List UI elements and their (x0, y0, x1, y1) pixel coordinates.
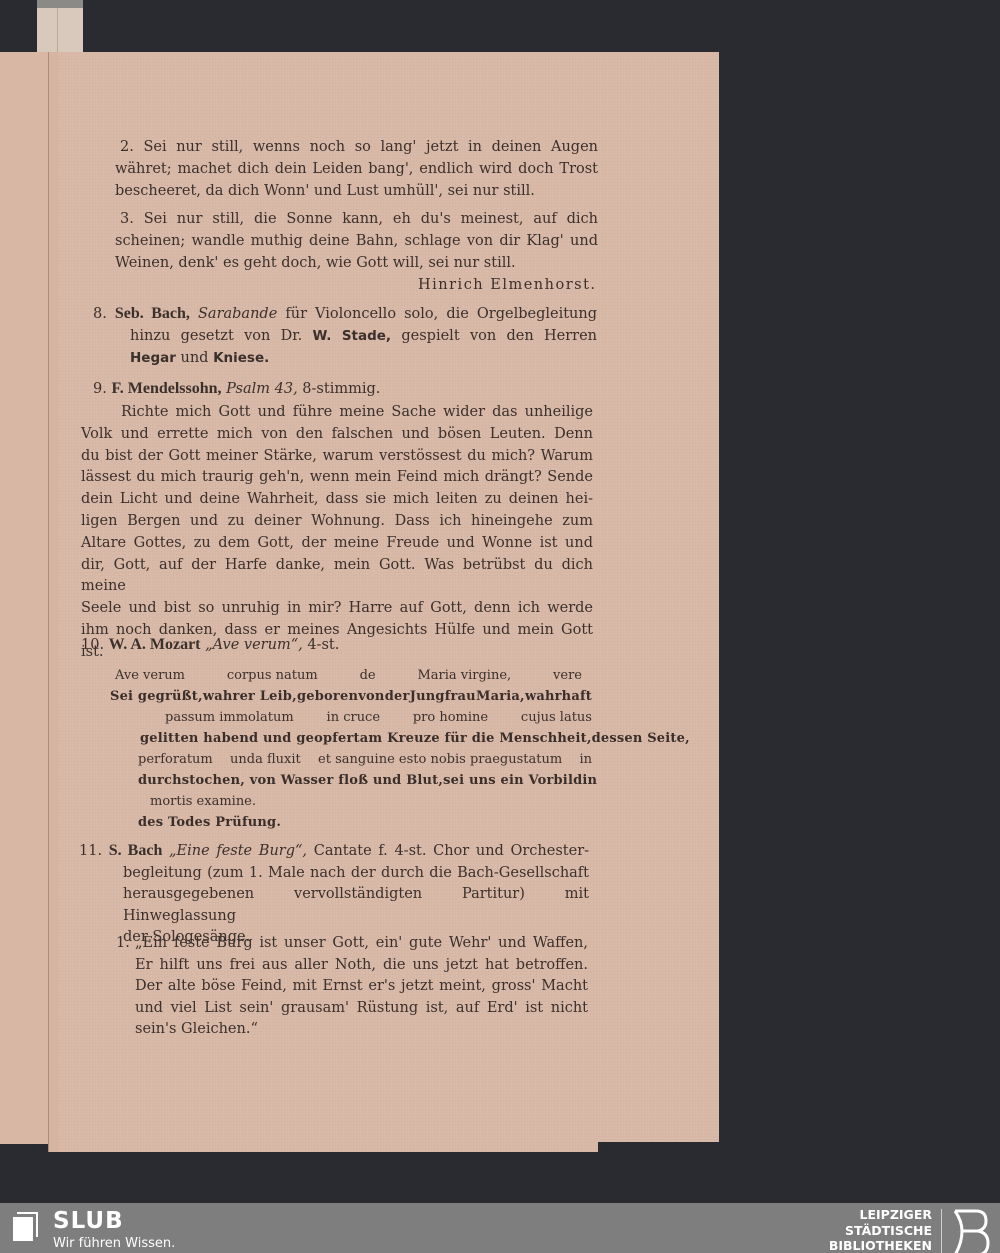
text-segment: Ave verum (115, 665, 185, 686)
text-line: Richte mich Gott und führe meine Sache w… (81, 402, 593, 424)
text-segment: wahrhaft (525, 686, 592, 707)
text-segment: de (360, 665, 376, 686)
text-segment: für Violoncello solo, die Orgelbegleitun… (285, 306, 597, 322)
text-line: dein Licht und deine Wahrheit, dass sie … (81, 489, 593, 511)
latin-line: passum immolatum in cruce pro homine cuj… (110, 707, 592, 728)
composer: Seb. Bach, (115, 305, 190, 322)
text-segment: und (181, 350, 209, 366)
text-line: und viel List sein' grausam' Rüstung ist… (135, 998, 588, 1020)
scan-background: 2. Sei nur still, wenns noch so lang' je… (0, 0, 1000, 1203)
german-line: Sei gegrüßt, wahrer Leib, geboren von de… (110, 686, 592, 707)
text-segment: Cantate f. 4-st. Chor und Orchester- (314, 843, 589, 859)
text-segment: der (385, 686, 410, 707)
item-number: 11. (79, 843, 102, 859)
slub-tagline: Wir führen Wissen. (53, 1236, 175, 1251)
program-item-9-heading: 9. F. Mendelssohn, Psalm 43, 8-stimmig. (93, 378, 597, 400)
digitization-footer: SLUB Wir führen Wissen. LEIPZIGER STÄDTI… (0, 1203, 1000, 1253)
text-line: 3. Sei nur still, die Sonne kann, eh du'… (115, 208, 598, 230)
text-segment: Jungfrau (410, 686, 476, 707)
library-name-line: LEIPZIGER (829, 1207, 932, 1223)
text-line: begleitung (zum 1. Male nach der durch d… (79, 863, 589, 885)
ave-verum-text: Ave verum corpus natum de Maria virgine,… (110, 665, 592, 833)
leipzig-library-logo-icon (952, 1209, 990, 1253)
text-segment: perforatum (138, 749, 213, 770)
signature: Hinrich Elmenhorst. (418, 274, 597, 296)
text-line: Altare Gottes, zu dem Gott, der meine Fr… (81, 533, 593, 555)
text-segment: cujus latus (521, 707, 592, 728)
program-item-10-heading: 10. W. A. Mozart „Ave verum“, 4-st. (81, 634, 339, 656)
work-title: „Eine feste Burg“, (169, 843, 307, 859)
text-segment: in (582, 770, 597, 791)
text-segment: am Kreuze für die Menschheit, (360, 728, 592, 749)
latin-line: Ave verum corpus natum de Maria virgine,… (110, 665, 592, 686)
text-line: „Ein feste Burg ist unser Gott, ein' gut… (135, 933, 588, 955)
item-number: 9. (93, 381, 107, 397)
text-segment: hinzu gesetzt von Dr. (130, 328, 302, 344)
text-line: bescheeret, da dich Wonn' und Lust umhül… (115, 180, 598, 202)
text-line: dir, Gott, auf der Harfe danke, mein Got… (81, 555, 593, 599)
work-title: „Ave verum“, (205, 637, 303, 653)
german-line: des Todes Prüfung. (110, 812, 592, 833)
composer: S. Bach (109, 842, 163, 859)
program-item-8: 8. Seb. Bach, Sarabande für Violoncello … (93, 303, 597, 369)
text-segment: pro homine (413, 707, 488, 728)
person-name: W. Stade, (313, 328, 392, 344)
footer-divider (941, 1209, 942, 1253)
text-segment: gespielt von den Herren (401, 328, 597, 344)
text-segment: wahrer Leib, (203, 686, 297, 707)
text-segment: geboren (297, 686, 358, 707)
verse-2: 2. Sei nur still, wenns noch so lang' je… (115, 136, 598, 202)
text-line: Seele und bist so unruhig in mir? Harre … (81, 598, 593, 620)
text-line: Weinen, denk' es geht doch, wie Gott wil… (115, 252, 598, 274)
text-segment: et sanguine esto nobis praegustatum (318, 749, 562, 770)
text-line: scheinen; wandle muthig deine Bahn, schl… (115, 230, 598, 252)
text-line: du bist der Gott meiner Stärke, warum ve… (81, 446, 593, 468)
text-line: Er hilft uns frei aus aller Noth, die un… (135, 955, 588, 977)
composer: F. Mendelssohn, (111, 380, 221, 397)
text-line: 2. Sei nur still, wenns noch so lang' je… (115, 136, 598, 158)
item-number: 8. (93, 306, 107, 322)
library-name-line: STÄDTISCHE (829, 1223, 932, 1239)
composer: W. A. Mozart (109, 636, 201, 653)
text-segment: durchstochen, von Wasser floß und Blut, (138, 770, 443, 791)
text-segment: in (579, 749, 592, 770)
stanza-1: 1. „Ein feste Burg ist unser Gott, ein' … (116, 933, 588, 1041)
text-segment: unda fluxit (230, 749, 301, 770)
text-line: Der alte böse Feind, mit Ernst er's jetz… (135, 976, 588, 998)
text-line: herausgegebenen vervollständigten Partit… (79, 884, 589, 927)
latin-line: perforatum unda fluxit et sanguine esto … (110, 749, 592, 770)
text-line: währet; machet dich dein Leiden bang', e… (115, 158, 598, 180)
text-line: Volk und errette mich von den falschen u… (81, 424, 593, 446)
text-segment: Maria, (476, 686, 525, 707)
text-segment: Maria virgine, (417, 665, 511, 686)
work-title: Sarabande (198, 306, 277, 322)
text-segment: passum immolatum (165, 707, 294, 728)
text-line: ligen Bergen und zu deiner Wohnung. Dass… (81, 511, 593, 533)
german-line: durchstochen, von Wasser floß und Blut, … (110, 770, 592, 791)
library-name-line: BIBLIOTHEKEN (829, 1238, 932, 1253)
work-detail: 8-stimmig. (302, 381, 380, 397)
slub-logo-text: SLUB (53, 1208, 124, 1234)
latin-line: mortis examine. (110, 791, 592, 812)
leipzig-library-name: LEIPZIGER STÄDTISCHE BIBLIOTHEKEN (829, 1207, 932, 1253)
text-segment: in cruce (327, 707, 381, 728)
text-line: lässest du mich traurig geh'n, wenn mein… (81, 467, 593, 489)
text-segment: von (358, 686, 384, 707)
text-segment: gelitten habend und geopfert (140, 728, 360, 749)
text-segment: dessen Seite, (592, 728, 690, 749)
psalm-text: Richte mich Gott und führe meine Sache w… (81, 402, 593, 664)
text-segment: sei uns ein Vorbild (443, 770, 582, 791)
text-segment: vere (553, 665, 582, 686)
person-name: Hegar (130, 350, 176, 366)
work-title: Psalm 43, (226, 381, 298, 397)
verse-3: 3. Sei nur still, die Sonne kann, eh du'… (115, 208, 598, 274)
item-number: 10. (81, 637, 104, 653)
german-line: gelitten habend und geopfert am Kreuze f… (110, 728, 592, 749)
slub-logo-icon (13, 1211, 41, 1241)
stanza-number: 1. (116, 933, 130, 955)
work-detail: 4-st. (307, 637, 339, 653)
page-corner-shadow (598, 1142, 719, 1154)
text-segment: Sei gegrüßt, (110, 686, 203, 707)
person-name: Kniese. (213, 350, 269, 366)
book-spine-tab (37, 0, 83, 52)
text-segment: corpus natum (227, 665, 318, 686)
text-line: sein's Gleichen.“ (135, 1019, 588, 1041)
